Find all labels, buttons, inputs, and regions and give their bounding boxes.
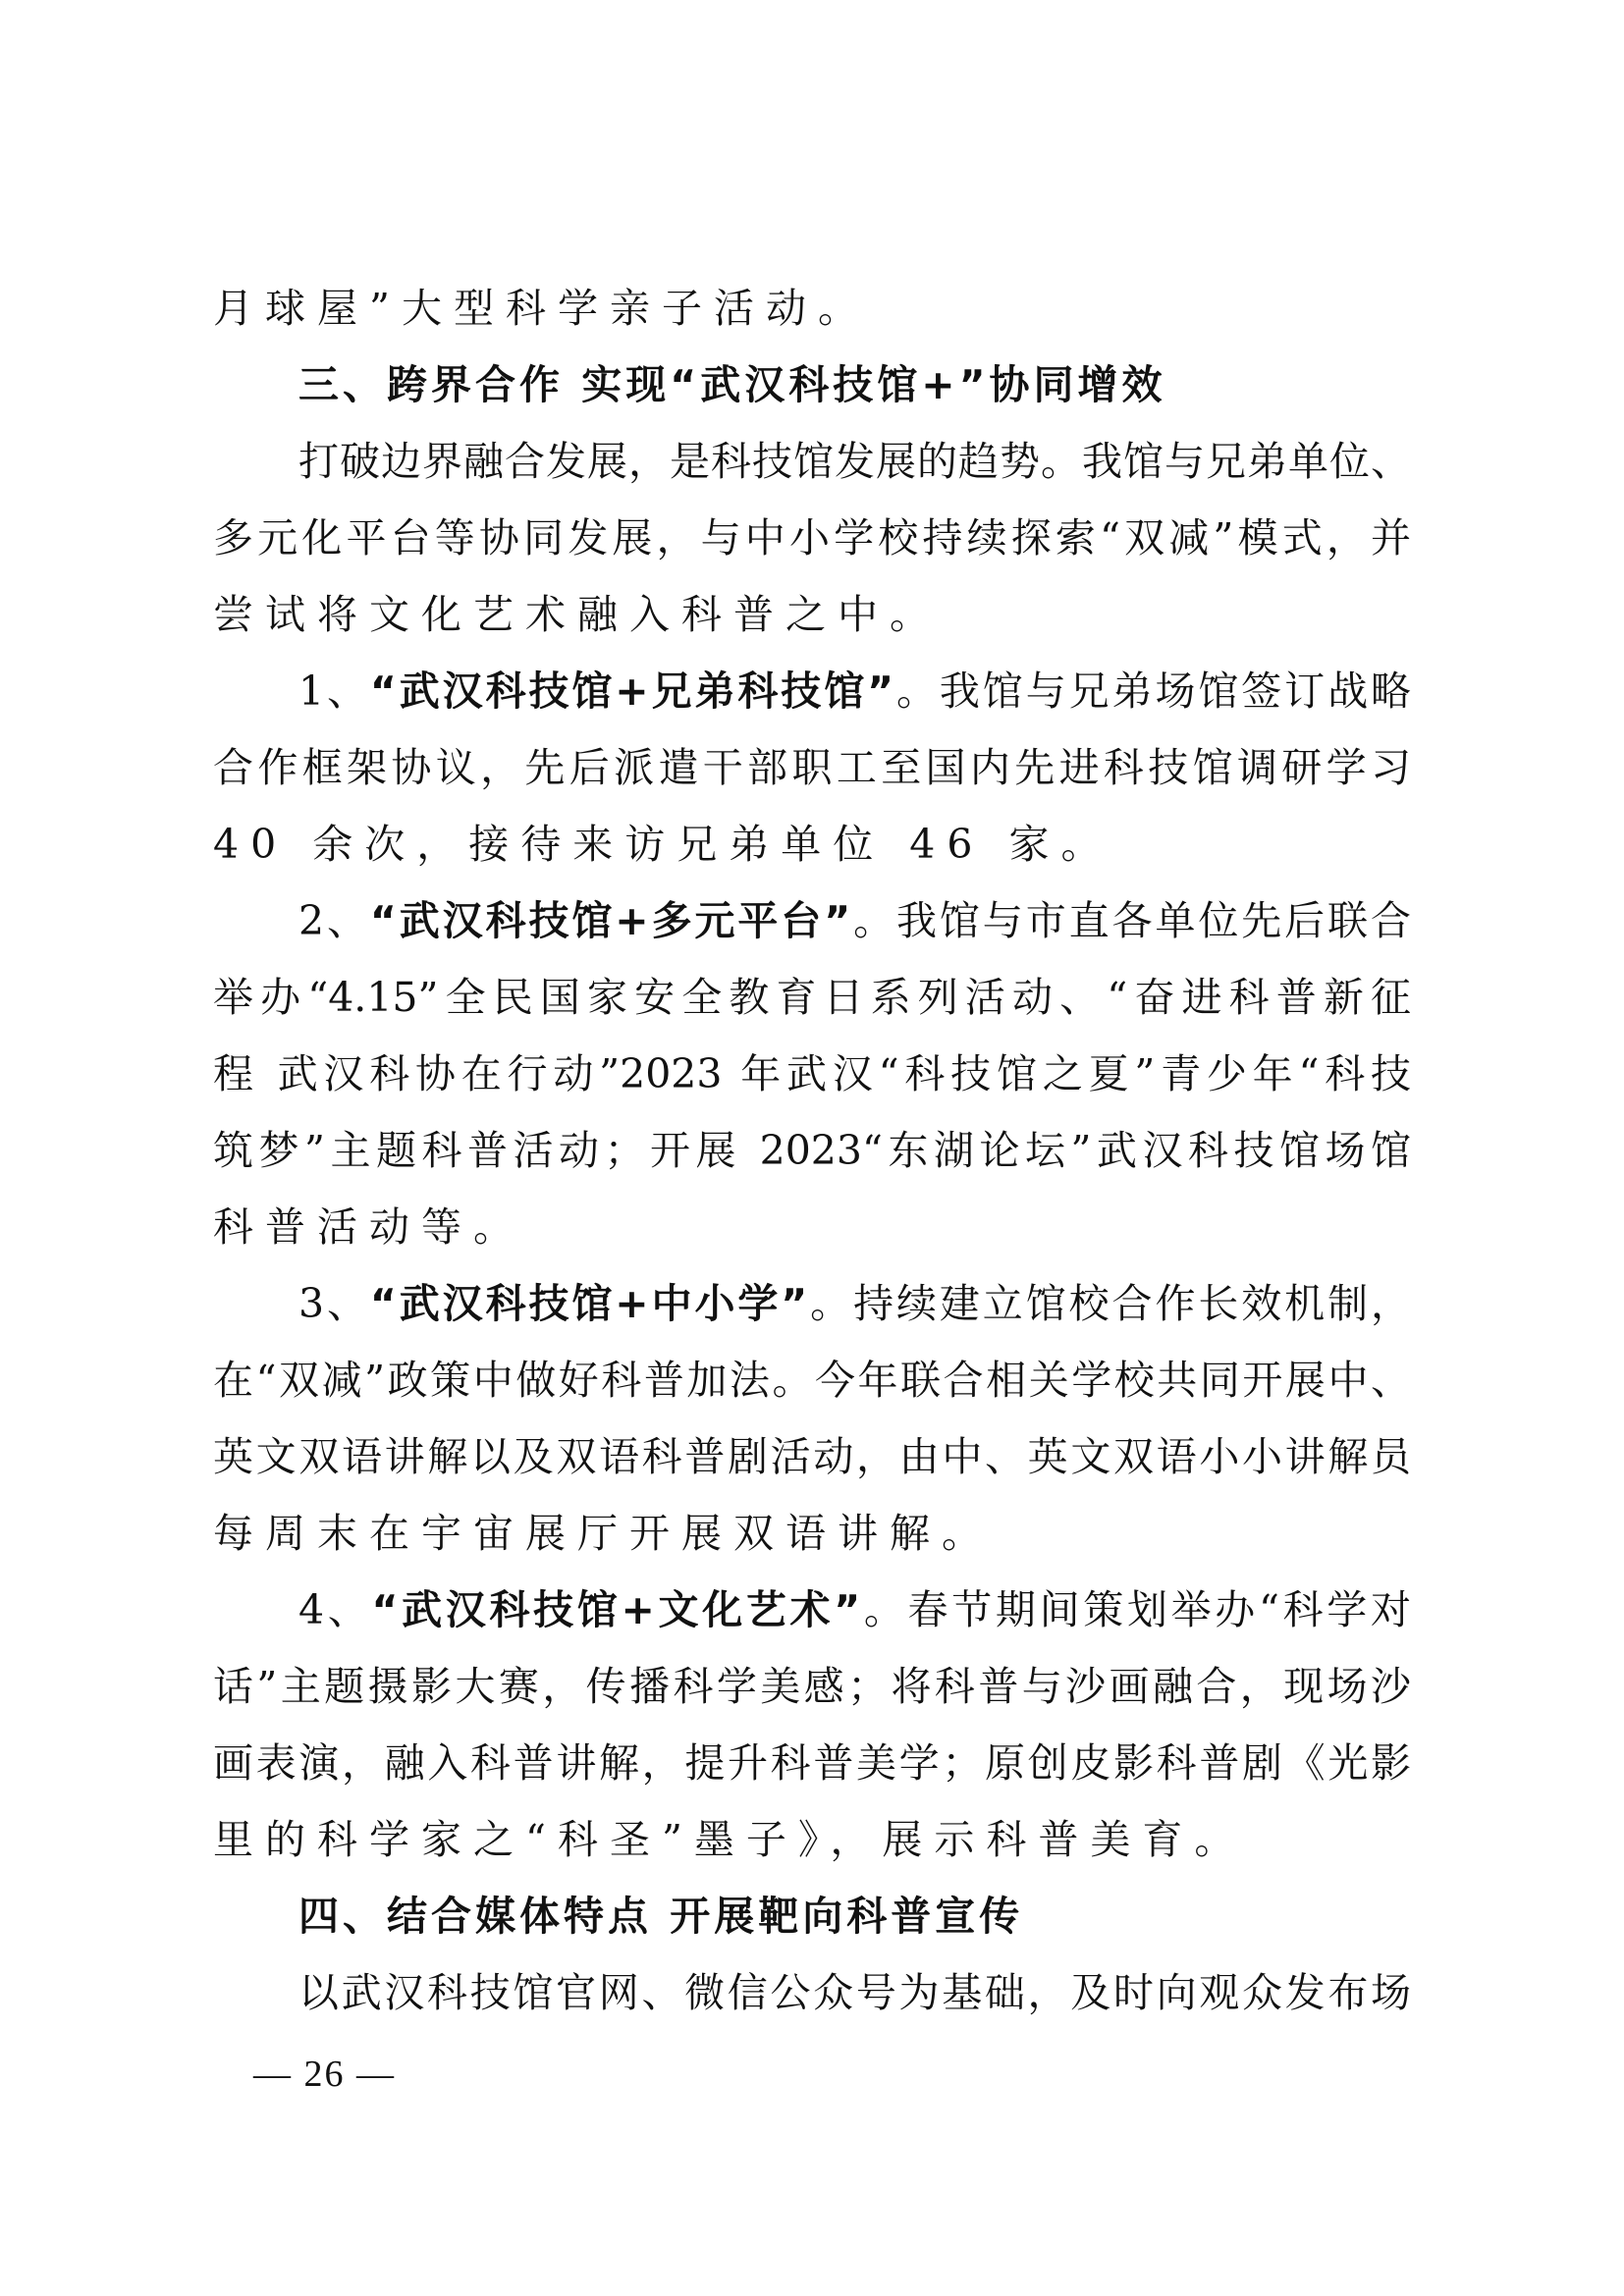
paragraph-line: 举办“4.15”全民国家安全教育日系列活动、“奋进科普新征 bbox=[213, 959, 1411, 1036]
item-title: “武汉科技馆+兄弟科技馆” bbox=[370, 667, 893, 715]
list-item-1: 1、“武汉科技馆+兄弟科技馆”。我馆与兄弟场馆签订战略 bbox=[298, 653, 1411, 729]
list-item-3: 3、“武汉科技馆+中小学”。持续建立馆校合作长效机制， bbox=[298, 1265, 1411, 1342]
item-number: 1、 bbox=[298, 667, 370, 715]
document-page: 月球屋”大型科学亲子活动。 三、跨界合作 实现“武汉科技馆+”协同增效 打破边界… bbox=[0, 0, 1624, 2296]
item-title: “武汉科技馆+中小学” bbox=[370, 1280, 807, 1327]
item-title: “武汉科技馆+多元平台” bbox=[370, 897, 850, 944]
list-item-2: 2、“武汉科技馆+多元平台”。我馆与市直各单位先后联合 bbox=[298, 882, 1411, 959]
item-text: 。我馆与兄弟场馆签订战略 bbox=[893, 667, 1411, 715]
page-number: — 26 — bbox=[253, 2052, 396, 2097]
item-title: “武汉科技馆+文化艺术” bbox=[371, 1586, 860, 1633]
item-number: 3、 bbox=[298, 1280, 370, 1327]
paragraph-line: 以武汉科技馆官网、微信公众号为基础，及时向观众发布场 bbox=[298, 1954, 1411, 2031]
paragraph-line: 里的科学家之“科圣”墨子》，展示科普美育。 bbox=[213, 1801, 1411, 1878]
section-heading-3: 三、跨界合作 实现“武汉科技馆+”协同增效 bbox=[298, 347, 1411, 423]
paragraph-line: 合作框架协议，先后派遣干部职工至国内先进科技馆调研学习 bbox=[213, 729, 1411, 806]
paragraph-line: 科普活动等。 bbox=[213, 1189, 1411, 1265]
section-heading-4: 四、结合媒体特点 开展靶向科普宣传 bbox=[298, 1878, 1411, 1954]
paragraph-line: 尝试将文化艺术融入科普之中。 bbox=[213, 576, 1411, 653]
paragraph-line: 程 武汉科协在行动”2023 年武汉“科技馆之夏”青少年“科技 bbox=[213, 1036, 1411, 1112]
text-line: 月球屋”大型科学亲子活动。 bbox=[213, 270, 1411, 347]
paragraph-line: 筑梦”主题科普活动；开展 2023“东湖论坛”武汉科技馆场馆 bbox=[213, 1112, 1411, 1189]
paragraph-line: 画表演，融入科普讲解，提升科普美学；原创皮影科普剧《光影 bbox=[213, 1725, 1411, 1801]
item-text: 。持续建立馆校合作长效机制， bbox=[807, 1280, 1411, 1327]
paragraph-line: 打破边界融合发展，是科技馆发展的趋势。我馆与兄弟单位、 bbox=[298, 423, 1411, 500]
paragraph-line: 在“双减”政策中做好科普加法。今年联合相关学校共同开展中、 bbox=[213, 1342, 1411, 1418]
item-number: 4、 bbox=[298, 1586, 371, 1633]
paragraph-line: 话”主题摄影大赛，传播科学美感；将科普与沙画融合，现场沙 bbox=[213, 1648, 1411, 1725]
paragraph-line: 多元化平台等协同发展，与中小学校持续探索“双减”模式，并 bbox=[213, 500, 1411, 576]
paragraph-line: 每周末在宇宙展厅开展双语讲解。 bbox=[213, 1495, 1411, 1572]
item-text: 。我馆与市直各单位先后联合 bbox=[850, 897, 1411, 944]
item-number: 2、 bbox=[298, 897, 370, 944]
paragraph-line: 40 余次，接待来访兄弟单位 46 家。 bbox=[213, 806, 1411, 882]
item-text: 。春节期间策划举办“科学对 bbox=[860, 1586, 1411, 1633]
list-item-4: 4、“武汉科技馆+文化艺术”。春节期间策划举办“科学对 bbox=[298, 1572, 1411, 1648]
paragraph-line: 英文双语讲解以及双语科普剧活动，由中、英文双语小小讲解员 bbox=[213, 1418, 1411, 1495]
